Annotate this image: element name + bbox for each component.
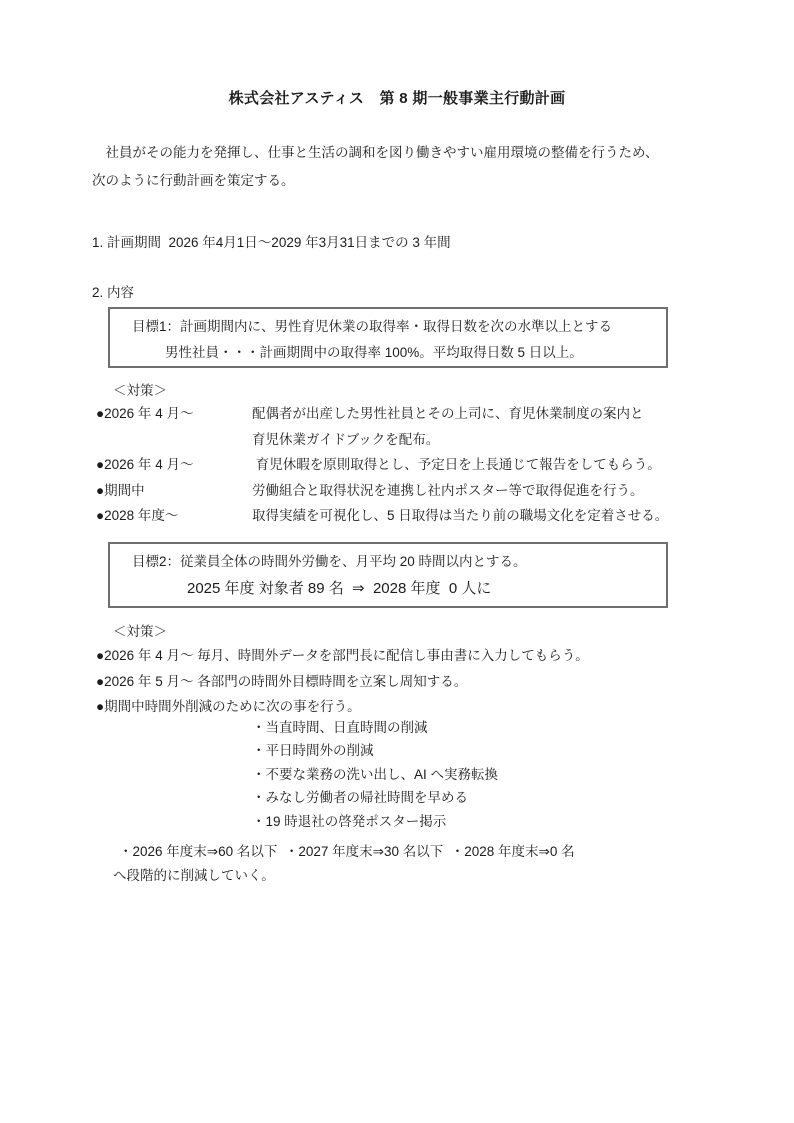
measure-item: ●2026 年 4 月～ 毎月、時間外データを部門長に配信し事由書に入力してもら… — [96, 643, 589, 669]
sub-item: ・19 時退社の啓発ポスター掲示 — [252, 810, 498, 833]
sub-item: ・不要な業務の洗い出し、AI へ実務転換 — [252, 763, 498, 786]
measure-item-desc: 配偶者が出産した男性社員とその上司に、育児休業制度の案内と 育児休業ガイドブック… — [252, 401, 668, 452]
measure-item: ●2028 年度～ 取得実績を可視化し、5 日取得は当たり前の職場文化を定着させ… — [96, 503, 668, 529]
sub-item: ・当直時間、日直時間の削減 — [252, 716, 498, 739]
measure-item-desc: 取得実績を可視化し、5 日取得は当たり前の職場文化を定着させる。 — [252, 503, 668, 529]
measure-item: ●期間中 労働組合と取得状況を連携し社内ポスター等で取得促進を行う。 — [96, 478, 668, 504]
measures2-heading: ＜対策＞ — [113, 620, 167, 640]
measure-item-desc-line: 取得実績を可視化し、5 日取得は当たり前の職場文化を定着させる。 — [252, 503, 668, 529]
sub-item: ・みなし労働者の帰社時間を早める — [252, 786, 498, 809]
sub-item: ・平日時間外の削減 — [252, 739, 498, 762]
goal1-box: 目標1：計画期間内に、男性育児休業の取得率・取得日数を次の水準以上とする 男性社… — [108, 307, 668, 368]
goal1-line1: 目標1：計画期間内に、男性育児休業の取得率・取得日数を次の水準以上とする — [132, 314, 666, 340]
goal2-line2: 2025 年度 対象者 89 名 ⇒ 2028 年度 0 人に — [187, 575, 666, 603]
reduction-schedule-line: ・2026 年度末⇒60 名以下 ・2027 年度末⇒30 名以下 ・2028 … — [119, 840, 575, 860]
measure-item-desc-line: 育児休業ガイドブックを配布。 — [252, 427, 668, 453]
section-content: 2. 内容 — [92, 281, 134, 301]
measure-item-desc: 労働組合と取得状況を連携し社内ポスター等で取得促進を行う。 — [252, 478, 668, 504]
measure-item-desc-line: 育児休暇を原則取得とし、予定日を上長通じて報告をしてもらう。 — [252, 452, 668, 478]
goal2-box: 目標2：従業員全体の時間外労働を、月平均 20 時間以内とする。 2025 年度… — [108, 542, 668, 608]
measure-item-label: ●期間中 — [96, 478, 252, 504]
measure-item-label: ●2026 年 4 月～ — [96, 452, 252, 478]
measures2-list: ●2026 年 4 月～ 毎月、時間外データを部門長に配信し事由書に入力してもら… — [96, 643, 589, 720]
measure-item-desc-line: 労働組合と取得状況を連携し社内ポスター等で取得促進を行う。 — [252, 478, 668, 504]
measure-item-label: ●2028 年度～ — [96, 503, 252, 529]
measure-item: ●2026 年 4 月～ 育児休暇を原則取得とし、予定日を上長通じて報告をしても… — [96, 452, 668, 478]
measure-item-desc-line: 配偶者が出産した男性社員とその上司に、育児休業制度の案内と — [252, 401, 668, 427]
goal2-line1: 目標2：従業員全体の時間外労働を、月平均 20 時間以内とする。 — [132, 549, 666, 575]
section-plan-period: 1. 計画期間 2026 年4月1日～2029 年3月31日までの 3 年間 — [92, 231, 451, 251]
intro-line-1: 社員がその能力を発揮し、仕事と生活の調和を図り働きやすい雇用環境の整備を行うため… — [92, 139, 717, 167]
measures1-list: ●2026 年 4 月～ 配偶者が出産した男性社員とその上司に、育児休業制度の案… — [96, 401, 668, 529]
measures1-heading: ＜対策＞ — [113, 379, 167, 399]
goal1-line2: 男性社員・・・計画期間中の取得率 100%。平均取得日数 5 日以上。 — [165, 340, 666, 366]
document-page: 株式会社アスティス 第 8 期一般事業主行動計画 社員がその能力を発揮し、仕事と… — [0, 0, 794, 1123]
reduction-schedule-continuation: へ段階的に削減していく。 — [113, 864, 275, 884]
measure-item-label: ●2026 年 4 月～ — [96, 401, 252, 452]
document-title: 株式会社アスティス 第 8 期一般事業主行動計画 — [0, 87, 794, 108]
measure-item-desc: 育児休暇を原則取得とし、予定日を上長通じて報告をしてもらう。 — [252, 452, 668, 478]
measure-item: ●2026 年 5 月～ 各部門の時間外目標時間を立案し周知する。 — [96, 669, 589, 695]
measure-item: ●2026 年 4 月～ 配偶者が出産した男性社員とその上司に、育児休業制度の案… — [96, 401, 668, 452]
measures2-sub-list: ・当直時間、日直時間の削減 ・平日時間外の削減 ・不要な業務の洗い出し、AI へ… — [252, 716, 498, 833]
intro-line-2: 次のように行動計画を策定する。 — [92, 167, 717, 195]
intro-paragraph: 社員がその能力を発揮し、仕事と生活の調和を図り働きやすい雇用環境の整備を行うため… — [92, 139, 717, 194]
